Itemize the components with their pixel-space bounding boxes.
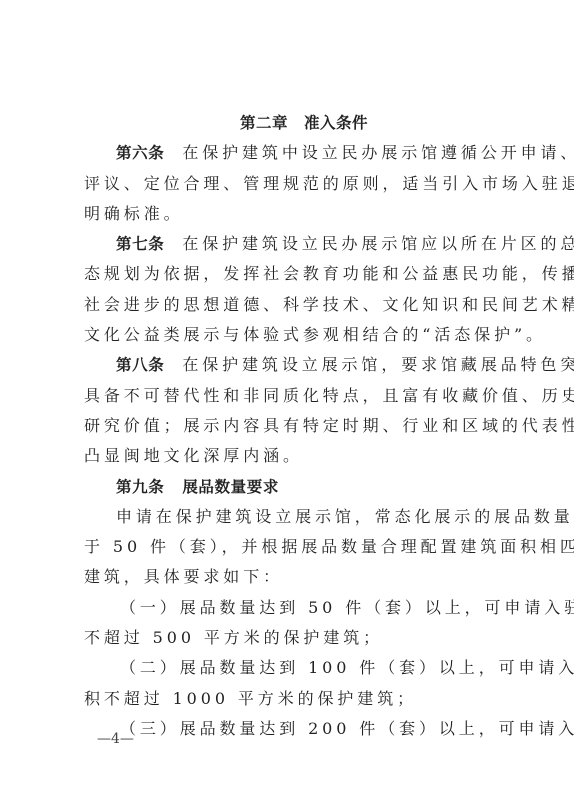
article-8-label: 第八条	[116, 356, 164, 374]
item-2-line-1: （二）展品数量达到 100 件（套）以上，可申请入驻建筑面	[84, 653, 510, 683]
article-9-label: 第九条	[116, 478, 164, 496]
article-7-label: 第七条	[116, 235, 164, 253]
item-1-line-1: （一）展品数量达到 50 件（套）以上，可申请入驻建筑面积	[84, 593, 510, 623]
article-8-line-1: 第八条在保护建筑设立展示馆，要求馆藏展品特色突出，	[84, 350, 510, 380]
document-page: 第二章准入条件 第六条在保护建筑中设立民办展示馆遵循公开申请、科学 评议、定位合…	[0, 0, 574, 811]
article-7-text: 在保护建筑设立民办展示馆应以所在片区的总体业	[182, 234, 574, 253]
article-9-heading: 第九条展品数量要求	[84, 472, 510, 502]
article-8-line-3: 研究价值；展示内容具有特定时期、行业和区域的代表性，能够	[84, 411, 510, 441]
item-1-line-2: 不超过 500 平方米的保护建筑；	[84, 623, 510, 653]
item-2-line-2: 积不超过 1000 平方米的保护建筑；	[84, 684, 510, 714]
article-9-line-1: 申请在保护建筑设立展示馆，常态化展示的展品数量应不少	[84, 502, 510, 532]
article-7-line-3: 社会进步的思想道德、科学技术、文化知识和民间艺术精髓，实现	[84, 290, 510, 320]
article-6-label: 第六条	[116, 144, 164, 162]
article-8-text: 在保护建筑设立展示馆，要求馆藏展品特色突出，	[182, 355, 574, 374]
article-6-line-1: 第六条在保护建筑中设立民办展示馆遵循公开申请、科学	[84, 138, 510, 168]
article-6-line-3: 明确标准。	[84, 199, 510, 229]
article-7-line-4: 文化公益类展示与体验式参观相结合的“活态保护”。	[84, 320, 510, 350]
article-8-line-2: 具备不可替代性和非同质化特点，且富有收藏价值、历史价值和	[84, 381, 510, 411]
article-6-text: 在保护建筑中设立民办展示馆遵循公开申请、科学	[182, 143, 574, 162]
chapter-number: 第二章	[240, 114, 288, 132]
article-9-line-2: 于 50 件（套），并根据展品数量合理配置建筑面积相匹配的保护	[84, 532, 510, 562]
article-6-line-2: 评议、定位合理、管理规范的原则，适当引入市场入驻退出机制，	[84, 169, 510, 199]
document-body: 第二章准入条件 第六条在保护建筑中设立民办展示馆遵循公开申请、科学 评议、定位合…	[84, 108, 510, 744]
article-7-line-2: 态规划为依据，发挥社会教育功能和公益惠民功能，传播有益于	[84, 259, 510, 289]
item-3-line-1: （三）展品数量达到 200 件（套）以上，可申请入驻建筑面	[84, 714, 510, 744]
article-7-line-1: 第七条在保护建筑设立民办展示馆应以所在片区的总体业	[84, 229, 510, 259]
article-9-title: 展品数量要求	[182, 478, 279, 496]
chapter-heading: 第二章准入条件	[84, 108, 510, 138]
chapter-title: 准入条件	[304, 114, 368, 132]
article-9-line-3: 建筑，具体要求如下：	[84, 562, 510, 592]
article-8-line-4: 凸显闽地文化深厚内涵。	[84, 441, 510, 471]
page-number: —4—	[97, 731, 134, 747]
